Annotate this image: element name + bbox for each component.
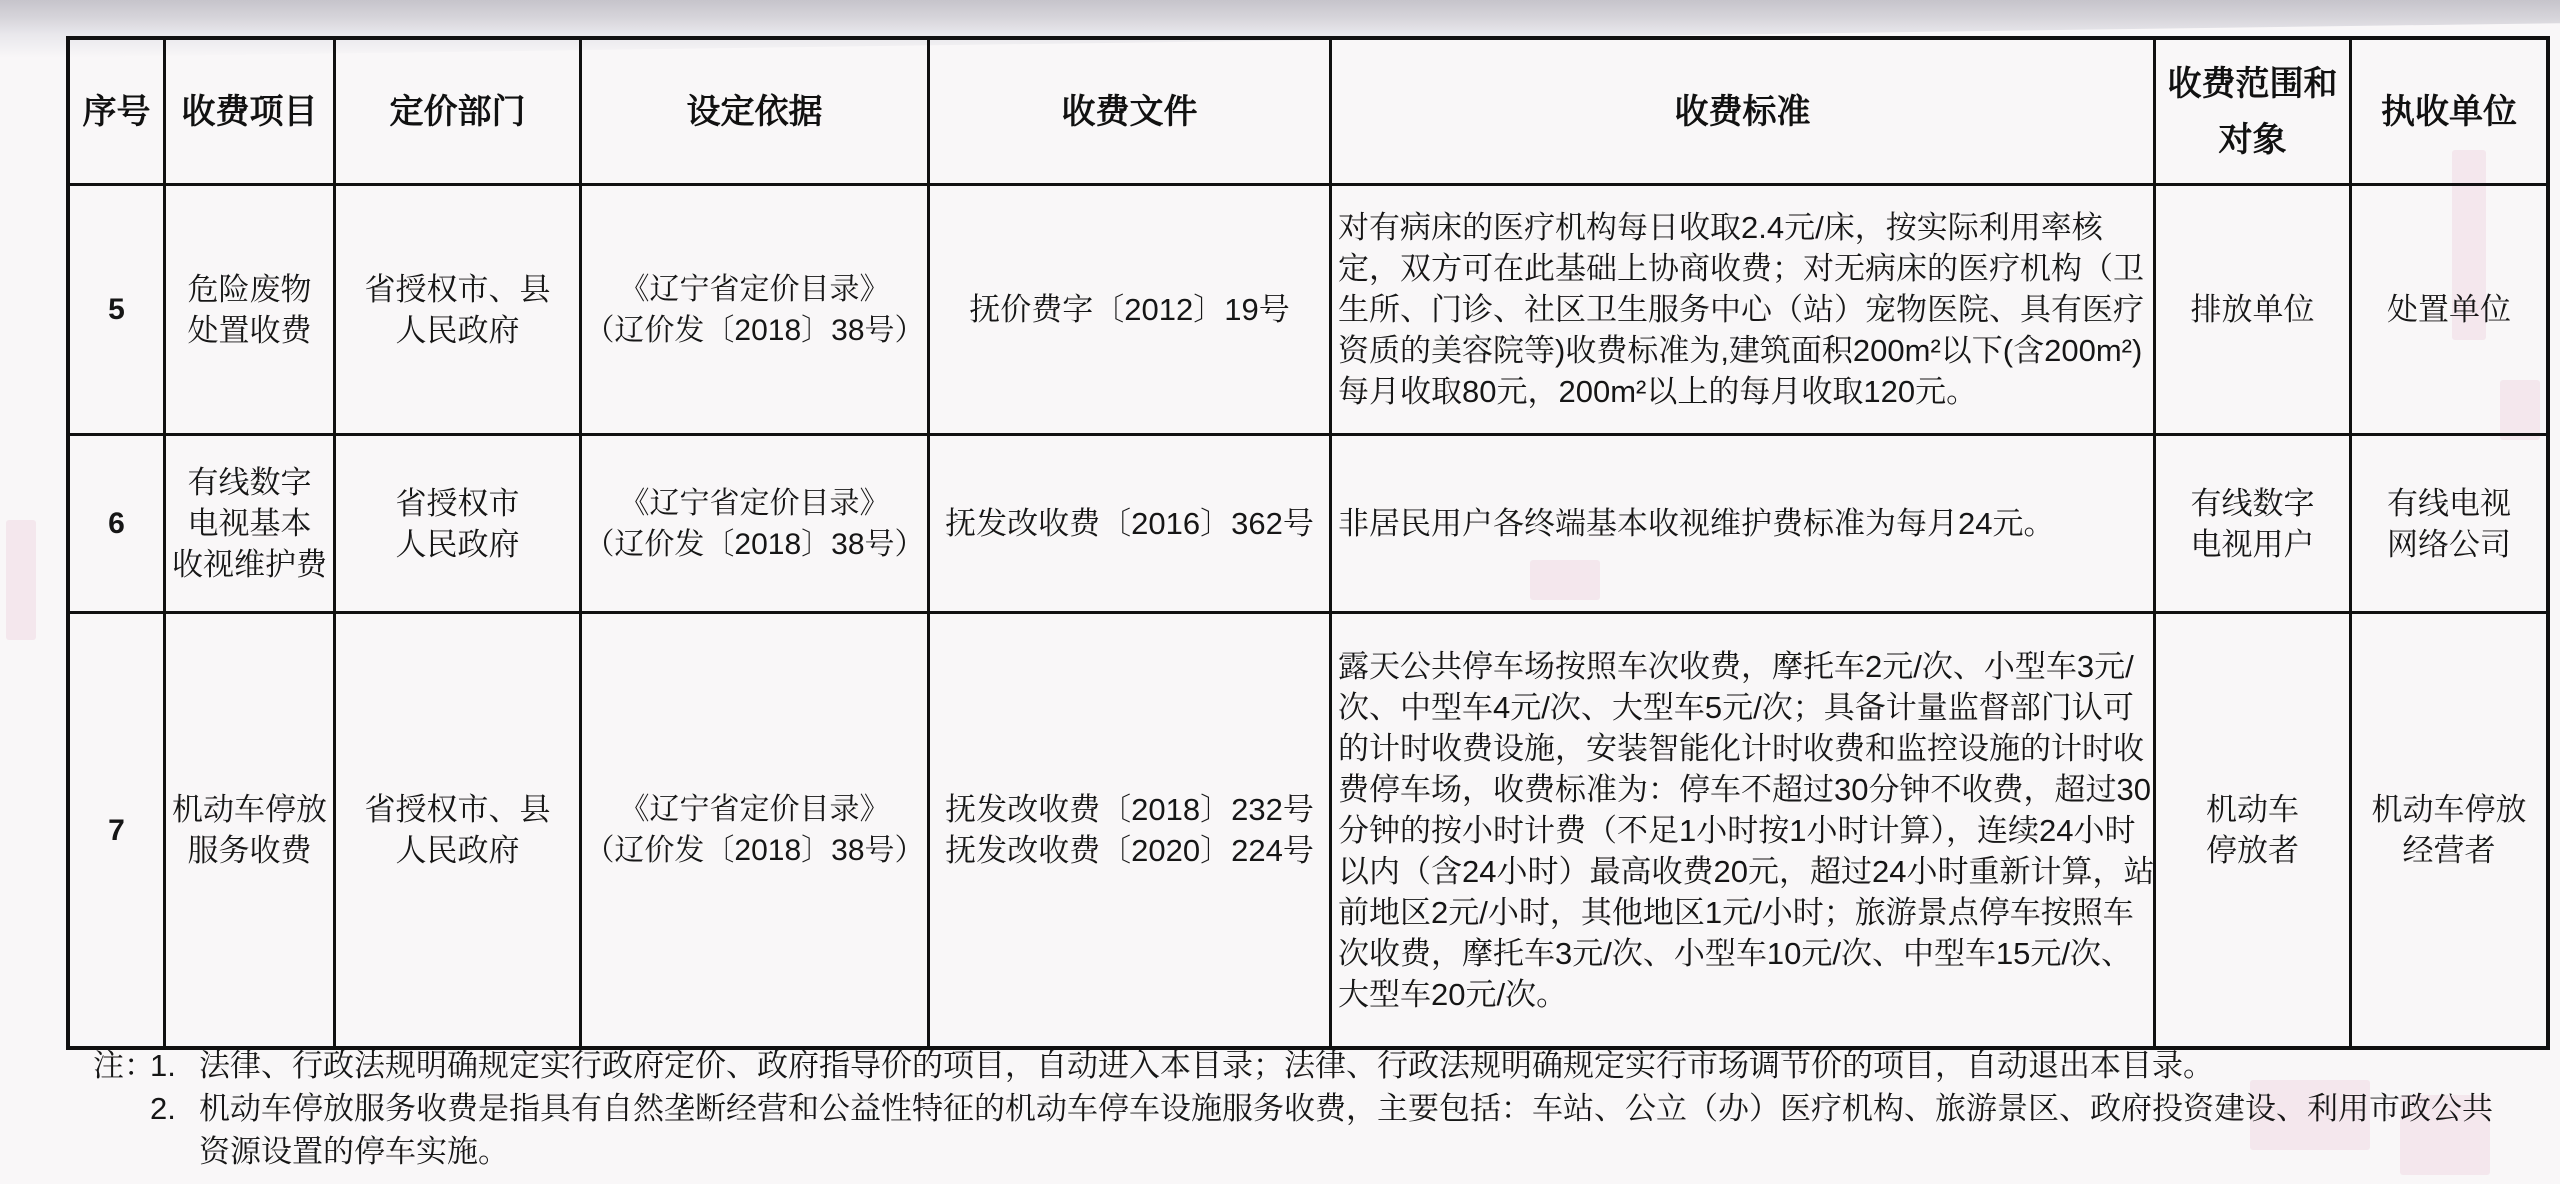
header-label: 收费标准 [1675, 84, 1811, 140]
bleed-through-mark [6, 520, 36, 640]
cell-fee-documents: 抚价费字〔2012〕19号 [930, 186, 1332, 436]
cell-scope: 机动车 停放者 [2156, 614, 2352, 1050]
cell-line: 处置收费 [188, 310, 312, 351]
note-spacer [150, 1130, 199, 1173]
cell-line: 资质的美容院等)收费标准为,建筑面积200m²以下(含200m²) [1338, 330, 2142, 371]
note-prefix: 注： [93, 1044, 150, 1087]
cell-seq: 7 [70, 614, 166, 1050]
cell-line: 大型车20元/次。 [1338, 974, 1567, 1015]
cell-line: （辽价发〔2018〕38号） [584, 310, 924, 351]
cell-line: 人民政府 [396, 524, 520, 565]
header-label: 设定依据 [687, 84, 823, 140]
cell-basis: 《辽宁省定价目录》 （辽价发〔2018〕38号） [582, 186, 930, 436]
header-label: 对象 [2219, 112, 2287, 168]
cell-line: 有线数字 [2191, 483, 2315, 524]
footnotes: 注： 1. 法律、行政法规明确规定实行政府定价、政府指导价的项目，自动进入本目录… [93, 1044, 2493, 1173]
cell-line: （辽价发〔2018〕38号） [584, 524, 924, 565]
cell-line: 机动车停放 [172, 789, 327, 830]
cell-line: 非居民用户各终端基本收视维护费标准为每月24元。 [1338, 503, 2054, 544]
cell-line: 处置单位 [2387, 289, 2511, 330]
cell-line: 有线电视 [2387, 483, 2511, 524]
row-number: 5 [108, 289, 125, 330]
note-text: 资源设置的停车实施。 [199, 1130, 509, 1173]
note-text: 机动车停放服务收费是指具有自然垄断经营和公益性特征的机动车停车设施服务收费，主要… [199, 1087, 2493, 1130]
row-number: 6 [108, 503, 125, 544]
header-cell-seq: 序号 [70, 40, 166, 186]
cell-line: 收视维护费 [172, 544, 327, 585]
header-label: 收费文件 [1062, 84, 1198, 140]
cell-line: （辽价发〔2018〕38号） [584, 830, 924, 871]
cell-line: 的计时收费设施，安装智能化计时收费和监控设施的计时收 [1338, 728, 2144, 769]
cell-fee-documents: 抚发改收费〔2016〕362号 [930, 436, 1332, 614]
cell-line: 露天公共停车场按照车次收费，摩托车2元/次、小型车3元/ [1338, 646, 2134, 687]
note-item: 2. 机动车停放服务收费是指具有自然垄断经营和公益性特征的机动车停车设施服务收费… [93, 1087, 2493, 1130]
cell-line: 人民政府 [396, 310, 520, 351]
header-label: 执收单位 [2381, 84, 2517, 140]
cell-line: 抚发改收费〔2018〕232号 [945, 789, 1314, 830]
cell-item: 有线数字 电视基本 收视维护费 [166, 436, 336, 614]
cell-standard: 非居民用户各终端基本收视维护费标准为每月24元。 [1332, 436, 2156, 614]
note-continuation: 资源设置的停车实施。 [93, 1130, 2493, 1173]
header-cell-fee-documents: 收费文件 [930, 40, 1332, 186]
cell-line: 抚发改收费〔2020〕224号 [945, 830, 1314, 871]
cell-line: 以内（含24小时）最高收费20元，超过24小时重新计算，站 [1338, 851, 2154, 892]
cell-line: 人民政府 [396, 830, 520, 871]
note-text: 法律、行政法规明确规定实行政府定价、政府指导价的项目，自动进入本目录；法律、行政… [199, 1044, 2214, 1087]
cell-line: 省授权市、县 [365, 269, 551, 310]
cell-scope: 排放单位 [2156, 186, 2352, 436]
cell-collector: 处置单位 [2352, 186, 2550, 436]
cell-standard: 对有病床的医疗机构每日收取2.4元/床，按实际利用率核 定，双方可在此基础上协商… [1332, 186, 2156, 436]
cell-item: 危险废物 处置收费 [166, 186, 336, 436]
header-label: 收费范围和 [2168, 56, 2338, 112]
cell-line: 抚价费字〔2012〕19号 [969, 289, 1289, 330]
cell-line: 排放单位 [2191, 289, 2315, 330]
row-number: 7 [108, 810, 125, 851]
cell-basis: 《辽宁省定价目录》 （辽价发〔2018〕38号） [582, 614, 930, 1050]
note-item: 注： 1. 法律、行政法规明确规定实行政府定价、政府指导价的项目，自动进入本目录… [93, 1044, 2493, 1087]
cell-line: 有线数字 [188, 462, 312, 503]
fee-table: 序号 收费项目 定价部门 设定依据 收费文件 收费标准 收费范围和 对象 执收单… [66, 36, 2550, 1050]
cell-line: 省授权市 [396, 483, 520, 524]
cell-collector: 机动车停放 经营者 [2352, 614, 2550, 1050]
note-spacer [93, 1087, 150, 1130]
cell-line: 经营者 [2403, 830, 2496, 871]
header-cell-pricing-dept: 定价部门 [336, 40, 582, 186]
cell-line: 前地区2元/小时，其他地区1元/小时；旅游景点停车按照车 [1338, 892, 2134, 933]
cell-line: 机动车 [2206, 789, 2299, 830]
cell-line: 《辽宁省定价目录》 [620, 789, 890, 830]
cell-line: 停放者 [2206, 830, 2299, 871]
cell-seq: 6 [70, 436, 166, 614]
cell-line: 生所、门诊、社区卫生服务中心（站）宠物医院、具有医疗 [1338, 289, 2144, 330]
cell-scope: 有线数字 电视用户 [2156, 436, 2352, 614]
note-number: 2. [150, 1087, 199, 1130]
cell-line: 次、中型车4元/次、大型车5元/次；具备计量监督部门认可 [1338, 687, 2134, 728]
header-cell-scope: 收费范围和 对象 [2156, 40, 2352, 186]
cell-line: 费停车场，收费标准为：停车不超过30分钟不收费，超过30 [1338, 769, 2151, 810]
cell-line: 危险废物 [188, 269, 312, 310]
cell-line: 服务收费 [188, 830, 312, 871]
cell-line: 电视基本 [188, 503, 312, 544]
cell-pricing-dept: 省授权市、县 人民政府 [336, 614, 582, 1050]
cell-line: 网络公司 [2387, 524, 2511, 565]
cell-line: 对有病床的医疗机构每日收取2.4元/床，按实际利用率核 [1338, 207, 2103, 248]
cell-line: 机动车停放 [2372, 789, 2527, 830]
cell-line: 定，双方可在此基础上协商收费；对无病床的医疗机构（卫 [1338, 248, 2144, 289]
header-label: 序号 [83, 84, 151, 140]
cell-basis: 《辽宁省定价目录》 （辽价发〔2018〕38号） [582, 436, 930, 614]
cell-line: 分钟的按小时计费（不足1小时按1小时计算），连续24小时 [1338, 810, 2135, 851]
header-label: 收费项目 [182, 84, 318, 140]
cell-line: 每月收取80元，200m²以上的每月收取120元。 [1338, 371, 1977, 412]
cell-line: 《辽宁省定价目录》 [620, 269, 890, 310]
header-cell-basis: 设定依据 [582, 40, 930, 186]
header-cell-item: 收费项目 [166, 40, 336, 186]
cell-line: 次收费，摩托车3元/次、小型车10元/次、中型车15元/次、 [1338, 933, 2132, 974]
header-cell-standard: 收费标准 [1332, 40, 2156, 186]
note-spacer [93, 1130, 150, 1173]
cell-pricing-dept: 省授权市 人民政府 [336, 436, 582, 614]
cell-line: 抚发改收费〔2016〕362号 [945, 503, 1314, 544]
header-cell-collector: 执收单位 [2352, 40, 2550, 186]
cell-seq: 5 [70, 186, 166, 436]
cell-pricing-dept: 省授权市、县 人民政府 [336, 186, 582, 436]
note-number: 1. [150, 1044, 199, 1087]
cell-item: 机动车停放 服务收费 [166, 614, 336, 1050]
cell-line: 《辽宁省定价目录》 [620, 483, 890, 524]
cell-fee-documents: 抚发改收费〔2018〕232号 抚发改收费〔2020〕224号 [930, 614, 1332, 1050]
header-label: 定价部门 [390, 84, 526, 140]
cell-line: 省授权市、县 [365, 789, 551, 830]
cell-standard: 露天公共停车场按照车次收费，摩托车2元/次、小型车3元/ 次、中型车4元/次、大… [1332, 614, 2156, 1050]
cell-line: 电视用户 [2191, 524, 2315, 565]
cell-collector: 有线电视 网络公司 [2352, 436, 2550, 614]
